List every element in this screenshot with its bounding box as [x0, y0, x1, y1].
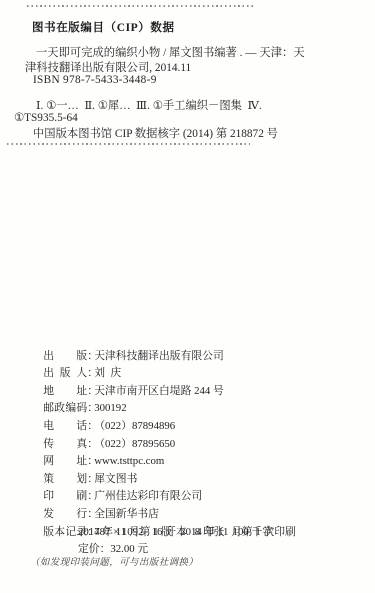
pub-value: 300192	[94, 402, 126, 414]
publication-info-block: 出版：天津科技翻译出版有限公司 出版人：刘 庆 地址：天津市南开区白堤路 244…	[27, 330, 357, 559]
pub-value: 犀文图书	[94, 473, 137, 485]
pub-label: 出版	[43, 348, 87, 366]
pub-label: 发行	[43, 506, 87, 524]
pub-label: 电话	[43, 418, 87, 436]
pub-value: （022）87895650	[94, 438, 175, 450]
bottom-dotted-divider	[7, 143, 250, 145]
cip-classification-line-2: ①TS935.5-64	[14, 111, 78, 124]
pub-value: 天津科技翻译出版有限公司	[94, 350, 224, 362]
pub-website-url: www.tsttpc.com	[94, 455, 164, 467]
pub-value: 天津市南开区白堤路 244 号	[94, 385, 224, 397]
pub-label: 传真	[43, 436, 87, 454]
pub-value: （022）87894896	[94, 420, 175, 432]
pub-value: 广州佳达彩印有限公司	[94, 490, 202, 502]
pub-label: 地址	[43, 383, 87, 401]
cip-header: 图书在版编目（CIP）数据	[32, 19, 175, 35]
binding-problem-note: （如发现印装问题，可与出版社调换）	[30, 554, 198, 568]
cip-title-line-1: 一天即可完成的编织小物 / 犀文图书编著 . — 天津：天	[36, 44, 305, 60]
pub-label: 出版人	[43, 365, 87, 383]
copyright-page: 图书在版编目（CIP）数据 一天即可完成的编织小物 / 犀文图书编著 . — 天…	[0, 0, 375, 593]
pub-label: 网址	[43, 453, 87, 471]
cip-title-line-2: 津科技翻译出版有限公司, 2014.11	[25, 59, 191, 75]
top-dotted-divider	[27, 5, 253, 7]
pub-label: 邮政编码	[43, 400, 87, 418]
pub-value: 全国新华书店	[94, 508, 159, 520]
pub-row-publisher: 出版：天津科技翻译出版有限公司	[27, 330, 357, 348]
pub-label: 印刷	[43, 488, 87, 506]
isbn-number: ISBN 978-7-5433-3448-9	[33, 74, 157, 86]
pub-label: 策划	[43, 471, 87, 489]
cip-record-number: 中国版本图书馆 CIP 数据核字 (2014) 第 218872 号	[33, 125, 278, 141]
pub-value: 刘 庆	[94, 367, 121, 379]
